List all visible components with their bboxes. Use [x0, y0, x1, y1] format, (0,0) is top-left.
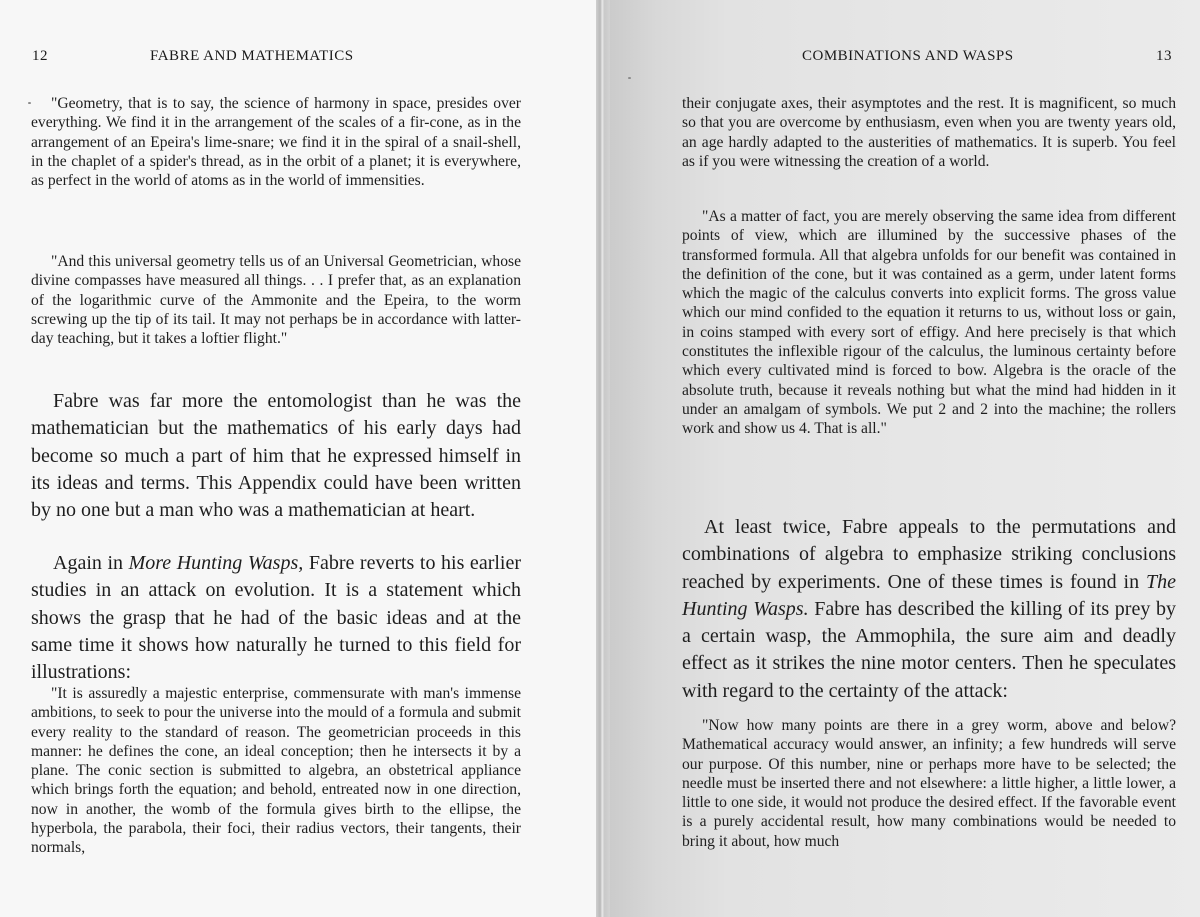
book-spread: 12 FABRE AND MATHEMATICS "Geometry, that…	[0, 0, 1200, 917]
page-number: 13	[1156, 48, 1172, 65]
quote-paragraph: "Geometry, that is to say, the science o…	[31, 94, 521, 190]
quote-continued-conjugate-axes: their conjugate axes, their asymptotes a…	[682, 94, 1176, 171]
running-head: FABRE AND MATHEMATICS	[150, 48, 354, 65]
quote-geometry: "Geometry, that is to say, the science o…	[31, 94, 521, 190]
book-spine-gutter	[596, 0, 610, 917]
body-paragraph: Fabre was far more the entomologist than…	[31, 388, 521, 524]
quote-paragraph: "As a matter of fact, you are merely obs…	[682, 207, 1176, 439]
quote-majestic-enterprise: "It is assuredly a majestic enterprise, …	[31, 684, 521, 858]
left-page: 12 FABRE AND MATHEMATICS "Geometry, that…	[0, 0, 596, 917]
book-title: More Hunting Wasps,	[129, 552, 304, 574]
paper-speck	[28, 102, 31, 104]
paper-speck	[628, 77, 631, 79]
right-page: COMBINATIONS AND WASPS 13 their conjugat…	[610, 0, 1200, 917]
body-paragraph-entomologist: Fabre was far more the entomologist than…	[31, 388, 521, 524]
quote-paragraph: "It is assuredly a majestic enterprise, …	[31, 684, 521, 858]
running-head: COMBINATIONS AND WASPS	[802, 48, 1014, 65]
body-paragraph-permutations: At least twice, Fabre appeals to the per…	[682, 514, 1176, 705]
quote-paragraph: their conjugate axes, their asymptotes a…	[682, 94, 1176, 171]
quote-paragraph: "And this universal geometry tells us of…	[31, 252, 521, 348]
quote-paragraph: "Now how many points are there in a grey…	[682, 716, 1176, 851]
body-paragraph: At least twice, Fabre appeals to the per…	[682, 514, 1176, 705]
quote-universal-geometer: "And this universal geometry tells us of…	[31, 252, 521, 348]
quote-grey-worm: "Now how many points are there in a grey…	[682, 716, 1176, 851]
body-paragraph: Again in More Hunting Wasps, Fabre rever…	[31, 550, 521, 686]
quote-matter-of-fact: "As a matter of fact, you are merely obs…	[682, 207, 1176, 439]
page-number: 12	[32, 48, 48, 65]
body-paragraph-more-hunting-wasps: Again in More Hunting Wasps, Fabre rever…	[31, 550, 521, 686]
